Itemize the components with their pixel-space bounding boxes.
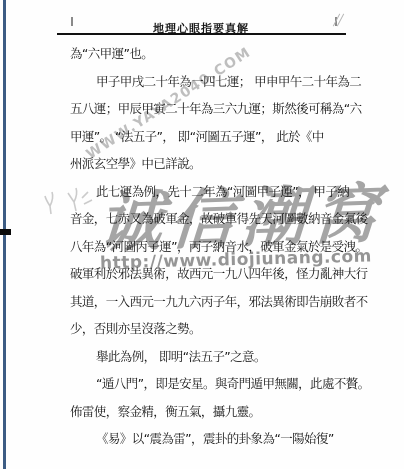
- body-text-line: 甲運”。 “法五子”， 即“河圖五子運”， 此於《中: [70, 123, 360, 151]
- body-text-line: 為“六甲運”也。: [70, 40, 360, 68]
- body-text-line: 甲子甲戌二十年為一四七運； 甲申甲午二十年為二: [70, 68, 360, 96]
- body-text-line: 舉此為例， 即明“法五子”之意。: [70, 343, 360, 371]
- body-text-line: 州派玄空學》中已詳說。: [70, 150, 360, 178]
- header-rule: [57, 33, 346, 35]
- body-text-line: 八年為“河圖丙子運”，丙子納音水，破軍金氣於是受洩。: [70, 233, 360, 261]
- body-text-line: 《易》以“震為雷”，震卦的卦象為“一陽始復”: [70, 425, 360, 453]
- body-text-line: 其道，一入西元一九九六丙子年，邪法異術即告崩敗者不: [70, 288, 360, 316]
- scan-edge-notch: [0, 229, 11, 235]
- body-text-line: 五八運；甲辰甲寅二十年為三六九運；斯然後可稱為“六: [70, 95, 360, 123]
- body-text-line: “遁八門”，即是安星。與奇門遁甲無關，此處不贅。: [70, 370, 360, 398]
- body-text-line: 少，否則亦呈沒落之勢。: [70, 315, 360, 343]
- body-text-line: 佈雷使，察金精，衡五氣，攝九靈。: [70, 398, 360, 426]
- scanned-book-page: 地理心眼指要真解 WWW.YAYA2040.COM 诚信潮窝 http://ww…: [0, 0, 404, 469]
- body-text-block: 為“六甲運”也。 甲子甲戌二十年為一四七運； 甲申甲午二十年為二 五八運；甲辰甲…: [70, 40, 360, 453]
- body-text-line: 音金，七赤又為破軍金，故破軍得先天河圖數納音金氣後: [70, 205, 360, 233]
- body-text-line: 破軍利於邪法異術，故西元一九八四年後，怪力亂神大行: [70, 260, 360, 288]
- body-text-line: 此七運為例，先十二年為“河圖甲子運”， 甲子納: [70, 178, 360, 206]
